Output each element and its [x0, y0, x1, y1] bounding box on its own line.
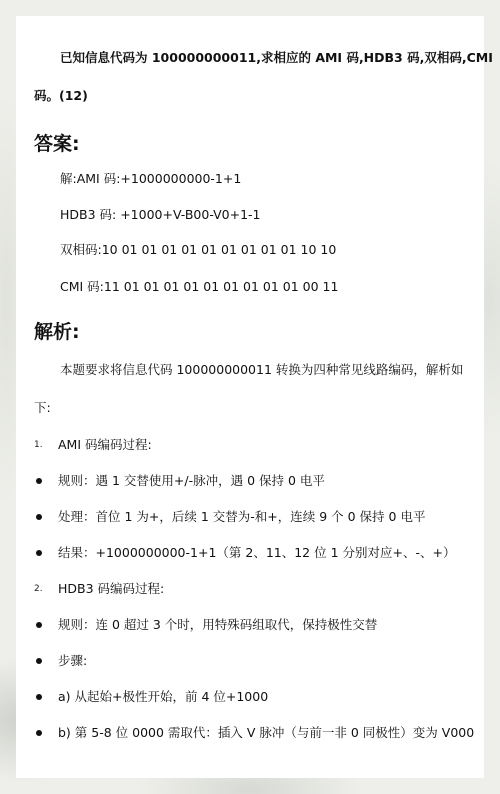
bullet-icon	[36, 694, 42, 700]
bullet-icon	[36, 658, 42, 664]
bullet-icon	[36, 730, 42, 736]
section-2-bullet-3: a) 从起始+极性开始，前 4 位+1000	[58, 689, 268, 705]
section-1-number: 1.	[34, 437, 43, 453]
answer-biphase: 双相码:10 01 01 01 01 01 01 01 01 01 10 10	[60, 242, 336, 258]
answer-cmi: CMI 码:11 01 01 01 01 01 01 01 01 01 00 1…	[60, 279, 338, 295]
analysis-heading: 解析:	[34, 320, 80, 344]
answer-heading: 答案:	[34, 132, 80, 156]
bullet-icon	[36, 550, 42, 556]
section-1-title: AMI 码编码过程:	[58, 437, 152, 453]
answer-hdb3: HDB3 码: +1000+V-B00-V0+1-1	[60, 207, 261, 223]
answer-ami: 解:AMI 码:+1000000000-1+1	[60, 171, 241, 187]
bullet-icon	[36, 514, 42, 520]
bullet-icon	[36, 622, 42, 628]
section-2-title: HDB3 码编码过程:	[58, 581, 164, 597]
section-1-bullet-3: 结果：+1000000000-1+1（第 2、11、12 位 1 分别对应+、-…	[58, 545, 455, 561]
section-1-bullet-1: 规则：遇 1 交替使用+/-脉冲，遇 0 保持 0 电平	[58, 473, 325, 489]
bullet-icon	[36, 478, 42, 484]
analysis-intro-line-1: 本题要求将信息代码 100000000011 转换为四种常见线路编码，解析如	[60, 362, 463, 378]
question-line-1: 已知信息代码为 100000000011,求相应的 AMI 码,HDB3 码,双…	[60, 50, 493, 66]
analysis-intro-line-2: 下:	[34, 400, 51, 416]
section-1-bullet-2: 处理：首位 1 为+，后续 1 交替为-和+，连续 9 个 0 保持 0 电平	[58, 509, 425, 525]
document-card: 已知信息代码为 100000000011,求相应的 AMI 码,HDB3 码,双…	[16, 16, 484, 778]
section-2-number: 2.	[34, 581, 43, 597]
question-line-2: 码。(12)	[34, 88, 88, 104]
section-2-bullet-4: b) 第 5-8 位 0000 需取代：插入 V 脉冲（与前一非 0 同极性）变…	[58, 725, 474, 741]
section-2-bullet-1: 规则：连 0 超过 3 个时，用特殊码组取代，保持极性交替	[58, 617, 377, 633]
section-2-bullet-2: 步骤:	[58, 653, 87, 669]
